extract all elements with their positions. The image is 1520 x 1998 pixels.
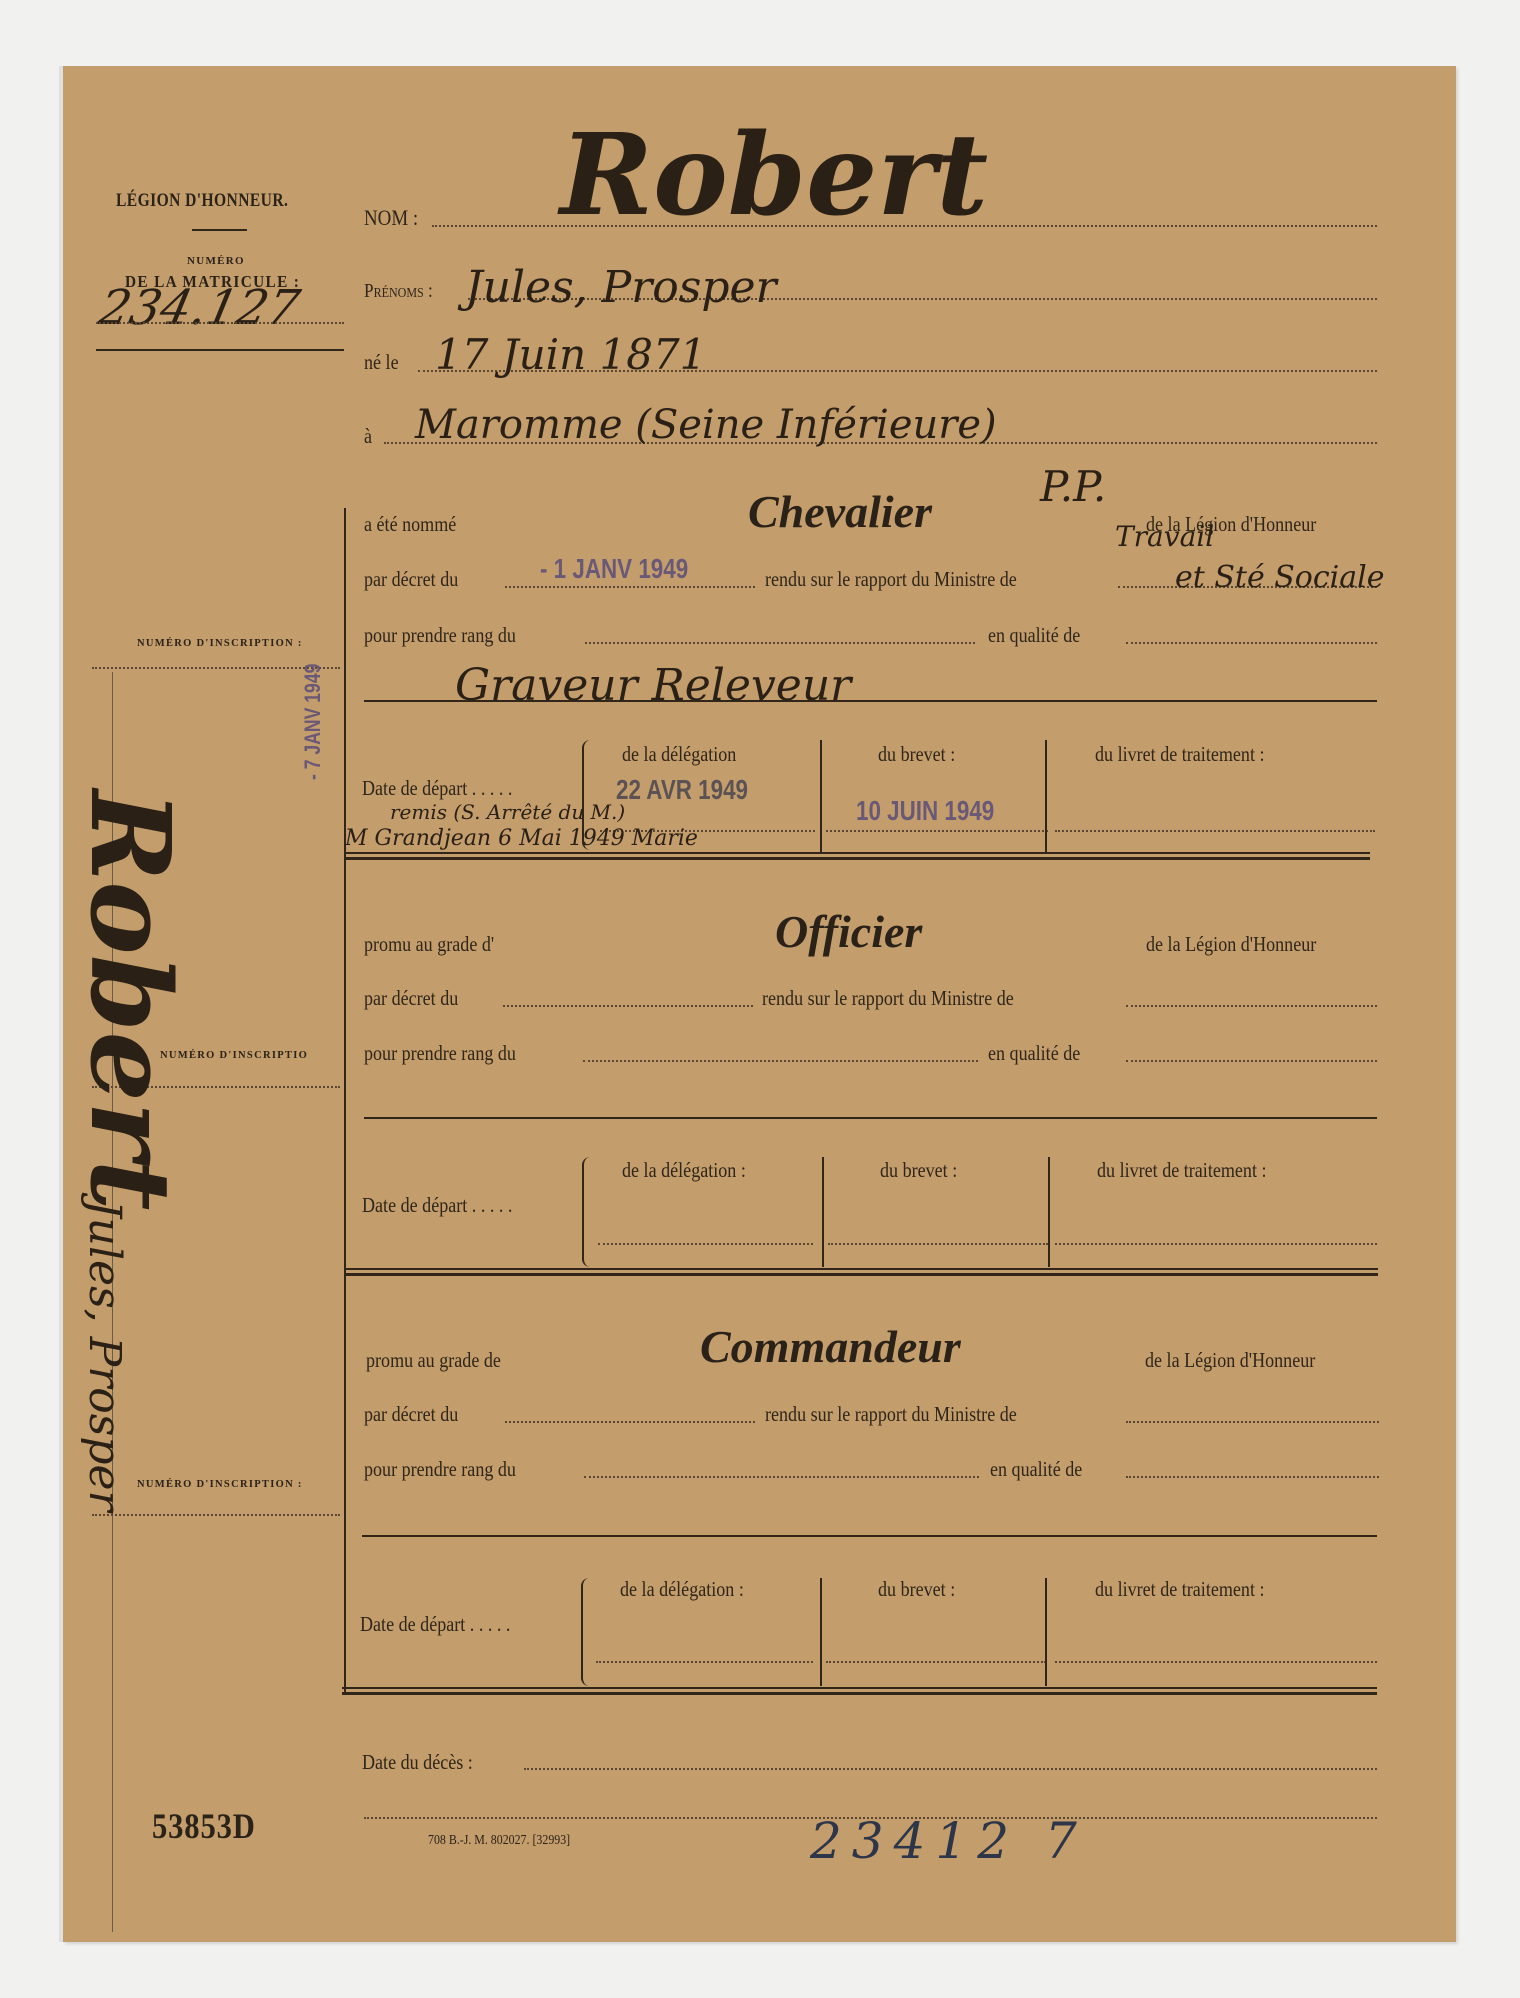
chevalier-rapport-label: rendu sur le rapport du Ministre de bbox=[765, 567, 1017, 592]
matricule-rule bbox=[96, 349, 344, 351]
commandeur-col-divider-1 bbox=[820, 1578, 822, 1686]
commandeur-section-rule bbox=[342, 1687, 1377, 1695]
commandeur-brevet-dotline bbox=[826, 1661, 1046, 1663]
commandeur-legion: de la Légion d'Honneur bbox=[1145, 1348, 1315, 1373]
officier-brevet-dotline bbox=[828, 1243, 1048, 1245]
chevalier-note-line2: M Grandjean 6 Mai 1949 Marie bbox=[345, 826, 698, 851]
commandeur-col-divider-2 bbox=[1045, 1578, 1047, 1686]
legion-title: LÉGION D'HONNEUR. bbox=[116, 190, 288, 212]
handwritten-number: 23412 7 bbox=[810, 1812, 1087, 1870]
officier-brace bbox=[582, 1157, 594, 1267]
printer-reference: 708 B.-J. M. 802027. [32993] bbox=[428, 1833, 570, 1849]
vertical-nom: Robert bbox=[66, 790, 195, 1210]
officier-livret-dotline bbox=[1055, 1243, 1377, 1245]
officier-rang-label: pour prendre rang du bbox=[364, 1041, 516, 1066]
commandeur-rang-label: pour prendre rang du bbox=[364, 1457, 516, 1482]
officier-qualite-label: en qualité de bbox=[988, 1041, 1080, 1066]
chevalier-grade: Chevalier bbox=[748, 485, 932, 538]
officier-livret-label: du livret de traitement : bbox=[1097, 1158, 1267, 1183]
chevalier-brevet-label: du brevet : bbox=[878, 742, 955, 767]
matricule-dotline bbox=[96, 322, 344, 324]
nom-value[interactable]: Robert bbox=[560, 110, 988, 241]
officier-delegation-dotline bbox=[598, 1243, 813, 1245]
inscription-label-1: NUMÉRO D'INSCRIPTION : bbox=[137, 638, 303, 649]
chevalier-ministre-line2: et Sté Sociale bbox=[1175, 560, 1385, 595]
ne-le-label: né le bbox=[364, 350, 399, 375]
chevalier-rang-dotline bbox=[585, 642, 975, 644]
commandeur-intro: promu au grade de bbox=[366, 1348, 501, 1373]
chevalier-decret-dotline bbox=[505, 586, 755, 588]
officier-intro: promu au grade d' bbox=[364, 932, 494, 957]
commandeur-qualite-label: en qualité de bbox=[990, 1457, 1082, 1482]
ne-le-value[interactable]: 17 Juin 1871 bbox=[435, 330, 706, 379]
a-value[interactable]: Maromme (Seine Inférieure) bbox=[415, 402, 997, 448]
officier-decret-label: par décret du bbox=[364, 986, 458, 1011]
chevalier-qualite-label: en qualité de bbox=[988, 623, 1080, 648]
commandeur-depart-label: Date de départ . . . . . bbox=[360, 1612, 510, 1637]
commandeur-decret-label: par décret du bbox=[364, 1402, 458, 1427]
chevalier-col-divider-1 bbox=[820, 740, 822, 852]
commandeur-delegation-label: de la délégation : bbox=[620, 1577, 744, 1602]
chevalier-brevet-stamp: 10 JUIN 1949 bbox=[856, 795, 994, 827]
officier-decret-dotline bbox=[503, 1005, 753, 1007]
deces-dotline bbox=[524, 1768, 1377, 1770]
officier-ministre-dotline bbox=[1126, 1005, 1377, 1007]
chevalier-decret-label: par décret du bbox=[364, 567, 458, 592]
prenoms-label: Prénoms : bbox=[364, 280, 433, 303]
chevalier-rang-label: pour prendre rang du bbox=[364, 623, 516, 648]
commandeur-decret-dotline bbox=[505, 1421, 755, 1423]
commandeur-qualite-dotline bbox=[1126, 1476, 1379, 1478]
officier-qualite-rule bbox=[364, 1117, 1377, 1119]
chevalier-section-rule bbox=[344, 852, 1370, 860]
chevalier-col-divider-2 bbox=[1045, 740, 1047, 852]
prenoms-value[interactable]: Jules, Prosper bbox=[465, 262, 777, 313]
document-code: 53853D bbox=[152, 1805, 256, 1847]
officier-qualite-dotline bbox=[1126, 1060, 1377, 1062]
chevalier-qualite-rule bbox=[364, 700, 1377, 702]
deces-label: Date du décès : bbox=[362, 1750, 473, 1775]
commandeur-grade: Commandeur bbox=[700, 1320, 961, 1373]
officier-col-divider-2 bbox=[1048, 1157, 1050, 1267]
commandeur-rapport-label: rendu sur le rapport du Ministre de bbox=[765, 1402, 1017, 1427]
a-label: à bbox=[364, 424, 372, 449]
commandeur-livret-label: du livret de traitement : bbox=[1095, 1577, 1265, 1602]
officier-legion: de la Légion d'Honneur bbox=[1146, 932, 1316, 957]
officier-depart-label: Date de départ . . . . . bbox=[362, 1193, 512, 1218]
officier-brevet-label: du brevet : bbox=[880, 1158, 957, 1183]
chevalier-livret-dotline bbox=[1055, 830, 1375, 832]
chevalier-brevet-dotline bbox=[826, 830, 1048, 832]
officier-col-divider-1 bbox=[822, 1157, 824, 1267]
matricule-value: 234.127 bbox=[94, 280, 304, 336]
commandeur-qualite-rule bbox=[362, 1535, 1377, 1537]
vertical-date-stamp: - 7 JANV 1949 bbox=[300, 664, 326, 780]
chevalier-intro: a été nommé bbox=[364, 512, 456, 537]
commandeur-brevet-label: du brevet : bbox=[878, 1577, 955, 1602]
main-vertical-divider bbox=[344, 508, 346, 1693]
commandeur-livret-dotline bbox=[1055, 1661, 1377, 1663]
vertical-prenoms: Jules, Prosper bbox=[79, 1200, 130, 1512]
inscription-label-3: NUMÉRO D'INSCRIPTION : bbox=[137, 1479, 303, 1490]
chevalier-ministre-line1: Travail bbox=[1115, 520, 1214, 553]
officier-delegation-label: de la délégation : bbox=[622, 1158, 746, 1183]
title-underline bbox=[192, 229, 247, 231]
chevalier-livret-label: du livret de traitement : bbox=[1095, 742, 1265, 767]
officier-section-rule bbox=[344, 1268, 1378, 1276]
nom-label: NOM : bbox=[364, 205, 418, 231]
chevalier-qualite-dotline bbox=[1126, 642, 1377, 644]
chevalier-qualite-value[interactable]: Graveur Releveur bbox=[455, 660, 851, 711]
commandeur-rang-dotline bbox=[584, 1476, 979, 1478]
chevalier-annotation: P.P. bbox=[1040, 462, 1106, 511]
chevalier-delegation-stamp: 22 AVR 1949 bbox=[616, 774, 748, 806]
commandeur-brace bbox=[581, 1578, 593, 1686]
officier-rapport-label: rendu sur le rapport du Ministre de bbox=[762, 986, 1014, 1011]
chevalier-decret-stamp: - 1 JANV 1949 bbox=[540, 553, 688, 585]
chevalier-depart-label: Date de départ . . . . . bbox=[362, 776, 512, 801]
chevalier-note-line1: remis (S. Arrêté du M.) bbox=[390, 800, 625, 824]
officier-rang-dotline bbox=[583, 1060, 978, 1062]
officier-grade: Officier bbox=[775, 905, 922, 958]
commandeur-ministre-dotline bbox=[1126, 1421, 1379, 1423]
chevalier-delegation-label: de la délégation bbox=[622, 742, 736, 767]
inscription-dotline-3 bbox=[92, 1514, 340, 1516]
matricule-label-line1: NUMÉRO bbox=[187, 255, 245, 267]
commandeur-delegation-dotline bbox=[596, 1661, 813, 1663]
